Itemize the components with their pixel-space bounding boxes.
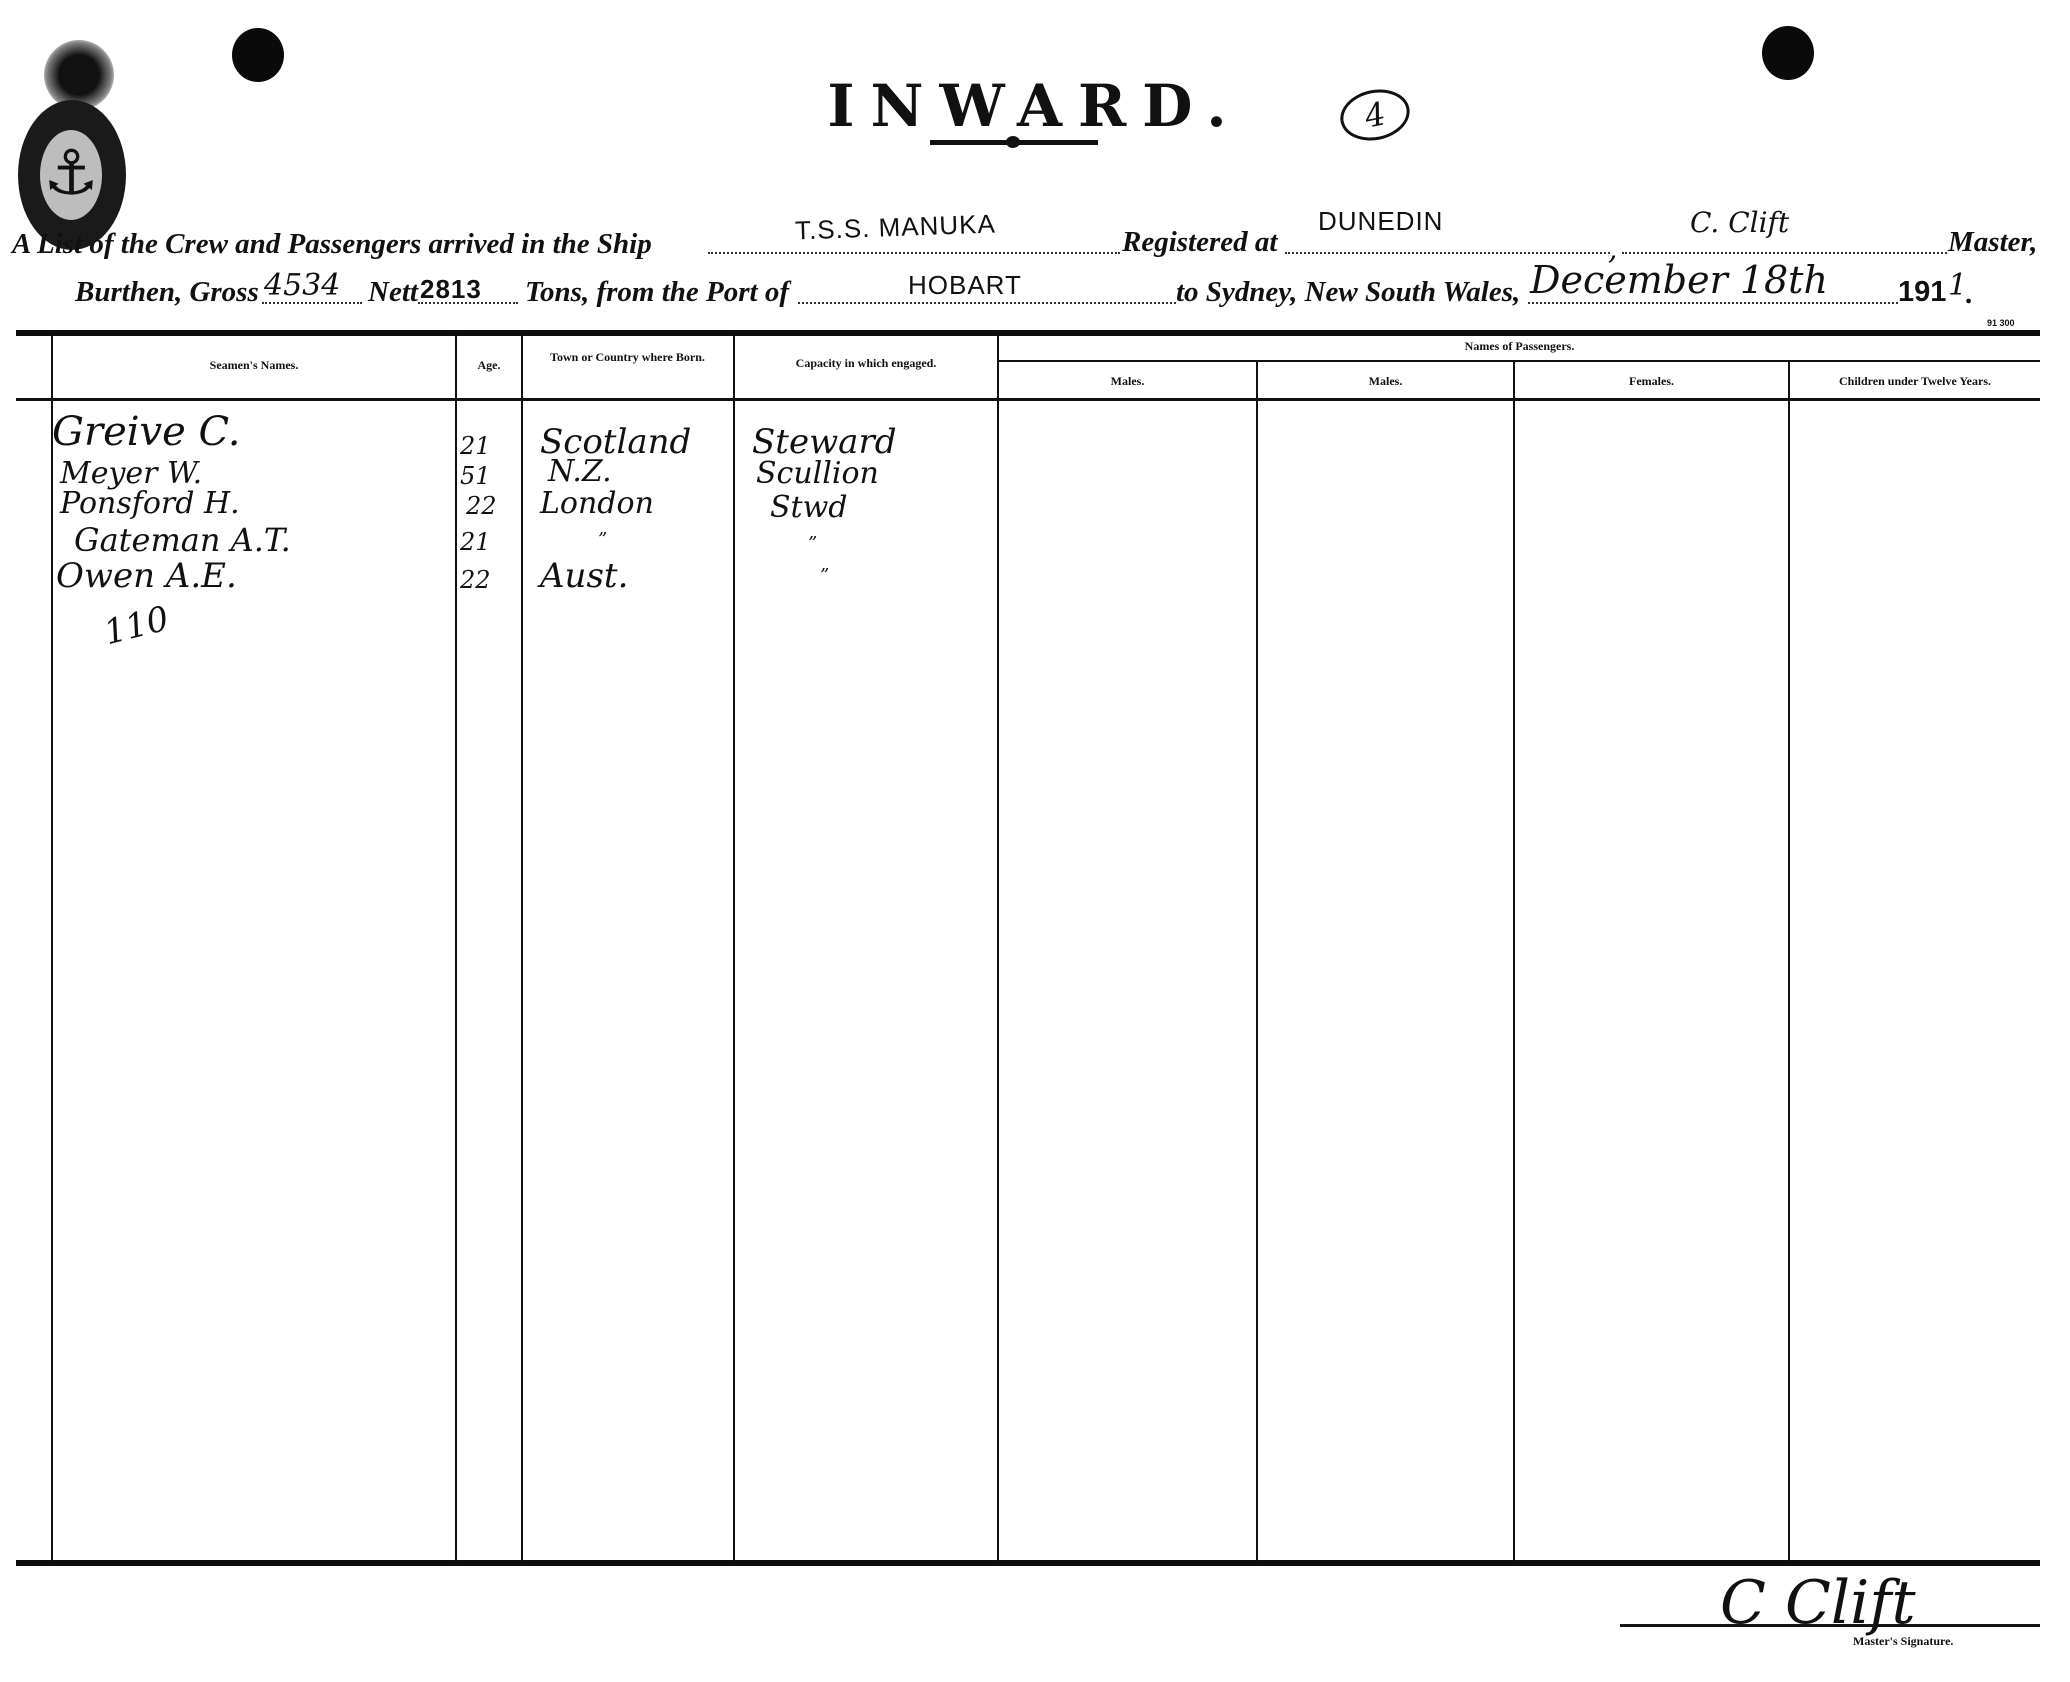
nett-label: Nett [368, 276, 418, 309]
year-suffix: 1 [1948, 268, 1967, 303]
seaman-name: Owen A.E. [56, 562, 237, 590]
header-capacity: Capacity in which engaged. [735, 356, 997, 371]
seaman-age: 22 [466, 492, 497, 520]
registered-field-line [1285, 252, 1610, 254]
anchor-icon: ⚓ [40, 138, 102, 208]
to-sydney-label: to Sydney, New South Wales, [1176, 276, 1520, 309]
header-bottom-rule [16, 398, 2040, 401]
gross-tons: 4534 [264, 268, 340, 303]
seaman-born: London [540, 490, 654, 518]
col-line-females [1513, 362, 1515, 1562]
arrival-date: December 18th [1530, 258, 1828, 302]
seaman-born: N.Z. [548, 458, 612, 486]
burthen-label: Burthen, Gross [75, 276, 259, 309]
seaman-age: 21 [460, 432, 491, 460]
document-title: INWARD. [0, 72, 2070, 140]
master-name: C. Clift [1690, 206, 1789, 239]
master-field-line [1622, 252, 1947, 254]
header-born: Town or Country where Born. [540, 350, 715, 365]
year-prefix: 191 [1898, 276, 1946, 309]
table-bottom-rule [16, 1560, 2040, 1566]
header-age: Age. [457, 358, 521, 373]
from-port-field-line [798, 302, 1176, 304]
seaman-capacity: Scullion [756, 460, 879, 488]
header-females: Females. [1515, 374, 1788, 389]
master-signature: C Clift [1720, 1568, 1916, 1638]
form-code: 91 300 [1987, 318, 2015, 328]
master-signature-label: Master's Signature. [1853, 1634, 1953, 1649]
seaman-capacity: ” [808, 530, 817, 558]
registered-port: DUNEDIN [1318, 206, 1443, 237]
ship-name: T.S.S. MANUKA [795, 209, 997, 247]
seaman-age: 21 [460, 528, 491, 556]
seaman-name: Ponsford H. [60, 490, 240, 518]
header-seamens-names: Seamen's Names. [53, 358, 455, 373]
ship-name-field-line [708, 252, 1120, 254]
seaman-age: 22 [460, 566, 491, 594]
seaman-born: ” [598, 526, 607, 554]
list-label: A List of the Crew and Passengers arrive… [12, 228, 652, 261]
seaman-capacity: Stwd [770, 494, 848, 522]
col-line-left [51, 334, 53, 1562]
title-ornament-rule [930, 140, 1098, 145]
header-passengers-group: Names of Passengers. [999, 339, 2040, 354]
seaman-name: Greive C. [52, 418, 240, 446]
col-line-passengers [997, 334, 999, 1562]
header-children: Children under Twelve Years. [1790, 374, 2040, 389]
master-label: Master, [1948, 226, 2037, 259]
col-line-children [1788, 362, 1790, 1562]
from-port: HOBART [908, 270, 1022, 301]
seaman-capacity: ” [820, 562, 829, 590]
seaman-born: Scotland [540, 428, 691, 456]
tons-from-label: Tons, from the Port of [525, 276, 789, 309]
col-line-born [521, 334, 523, 1562]
header-males-2: Males. [1258, 374, 1513, 389]
table-top-rule [16, 330, 2040, 336]
nett-tons: 2813 [420, 274, 482, 305]
date-field-line [1528, 302, 1898, 304]
seaman-born: Aust. [540, 562, 628, 590]
seaman-age: 51 [460, 462, 491, 490]
col-line-age [455, 334, 457, 1562]
seaman-name: Gateman A.T. [74, 526, 291, 554]
col-line-capacity [733, 334, 735, 1562]
seaman-name: Meyer W. [60, 460, 202, 488]
seaman-capacity: Steward [752, 428, 896, 456]
registered-label: Registered at [1122, 226, 1277, 259]
tally-note: 110 [102, 605, 172, 648]
col-line-males2 [1256, 362, 1258, 1562]
passenger-group-rule [998, 360, 2040, 362]
header-males-1: Males. [999, 374, 1256, 389]
